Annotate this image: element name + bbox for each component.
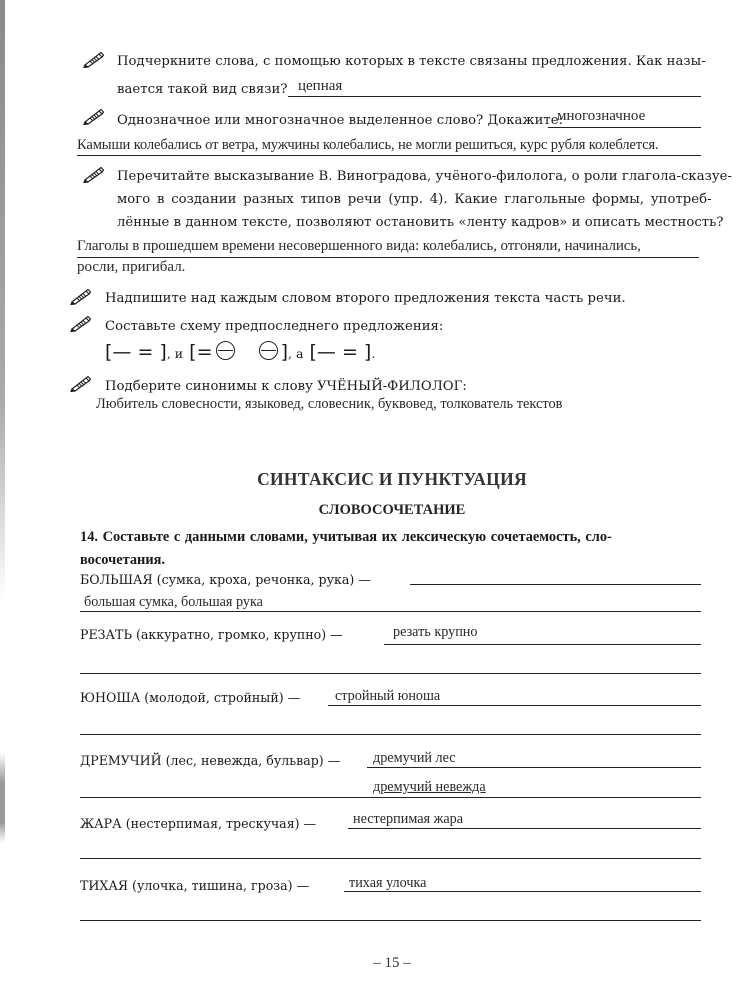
item-prompt: РЕЗАТЬ (аккуратно, громко, крупно) — (80, 627, 343, 642)
task-3-answer-2[interactable]: росли, пригибал. (77, 259, 185, 276)
task-1-text-line2: вается такой вид связи? (117, 80, 287, 100)
answer-line (410, 584, 701, 585)
pencil-icon (69, 374, 93, 392)
section-title: СИНТАКСИС И ПУНКТУАЦИЯ (0, 469, 742, 490)
answer-line (80, 673, 701, 674)
answer-line (80, 858, 701, 859)
pencil-icon (82, 50, 106, 68)
answer-line (77, 155, 701, 156)
pencil-icon (82, 107, 106, 125)
scheme-clause-3: [— = ] (310, 341, 372, 363)
participle-circle-icon (259, 341, 278, 360)
answer-line (328, 705, 701, 706)
item-prompt: ДРЕМУЧИЙ (лес, невежда, бульвар) — (80, 753, 340, 768)
task-1-answer[interactable]: цепная (298, 78, 342, 95)
answer-line (80, 797, 701, 798)
task-3-text-line1: Перечитайте высказывание В. Виноградова,… (117, 167, 732, 187)
section-subtitle: СЛОВОСОЧЕТАНИЕ (0, 502, 742, 519)
task-2-text-line1: Однозначное или многозначное выделенное … (117, 111, 563, 131)
item-answer[interactable]: тихая улочка (349, 875, 426, 892)
scheme-conjunction-1: , и (167, 346, 183, 361)
scheme-end: . (371, 346, 375, 361)
scheme-conjunction-2: , а (288, 346, 303, 361)
answer-line (80, 920, 701, 921)
task-2-answer[interactable]: многозначное (557, 108, 645, 125)
task-1-text-line1: Подчеркните слова, с помощью которых в т… (117, 52, 706, 72)
answer-line (77, 257, 699, 258)
item-prompt: БОЛЬШАЯ (сумка, кроха, речонка, рука) — (80, 572, 371, 587)
task-4-text: Надпишите над каждым словом второго пред… (105, 289, 626, 309)
exercise-14-text-line1: 14. Составьте с данными словами, учитыва… (80, 529, 612, 546)
pencil-icon (82, 165, 106, 183)
item-answer[interactable]: нестерпимая жара (353, 811, 463, 828)
item-answer[interactable]: дремучий невежда (373, 779, 486, 796)
pencil-icon (69, 287, 93, 305)
item-answer[interactable]: стройный юноша (335, 688, 440, 705)
task-6-text: Подберите синонимы к слову УЧЁНЫЙ-ФИЛОЛО… (105, 377, 467, 397)
scheme-clause-2-open: [= (189, 341, 212, 363)
pencil-icon (69, 314, 93, 332)
answer-line (348, 828, 701, 829)
item-prompt: ЮНОША (молодой, стройный) — (80, 690, 300, 705)
answer-line (288, 96, 701, 97)
participle-circle-icon (216, 341, 235, 360)
answer-line (367, 767, 701, 768)
item-answer[interactable]: большая сумка, большая рука (84, 594, 263, 611)
item-prompt: ТИХАЯ (улочка, тишина, гроза) — (80, 878, 309, 893)
task-3-answer[interactable]: Глаголы в прошедшем времени несовершенно… (77, 238, 641, 255)
answer-line (384, 644, 701, 645)
answer-line (344, 891, 701, 892)
task-3-text-line3: лённые в данном тексте, позволяют остано… (117, 213, 723, 233)
scheme-clause-1: [— = ] (105, 341, 167, 363)
task-3-text-line2: мого в создании разных типов речи (упр. … (117, 190, 712, 210)
answer-line (80, 611, 701, 612)
item-answer[interactable]: дремучий лес (373, 750, 456, 767)
scheme-clause-2-close: ] (281, 341, 288, 363)
task-6-answer[interactable]: Любитель словесности, языковед, словесни… (96, 396, 562, 413)
item-answer[interactable]: резать крупно (393, 624, 478, 641)
item-prompt: ЖАРА (нестерпимая, трескучая) — (80, 816, 316, 831)
answer-line (548, 127, 701, 128)
page-number: – 15 – (0, 955, 742, 972)
task-5-text: Составьте схему предпоследнего предложен… (105, 317, 443, 337)
task-2-answer-2[interactable]: Камыши колебались от ветра, мужчины коле… (77, 137, 659, 154)
exercise-14-text-line2: восочетания. (80, 552, 165, 569)
answer-line (80, 734, 701, 735)
sentence-scheme: [— = ], и [= ], а [— = ]. (105, 341, 375, 363)
